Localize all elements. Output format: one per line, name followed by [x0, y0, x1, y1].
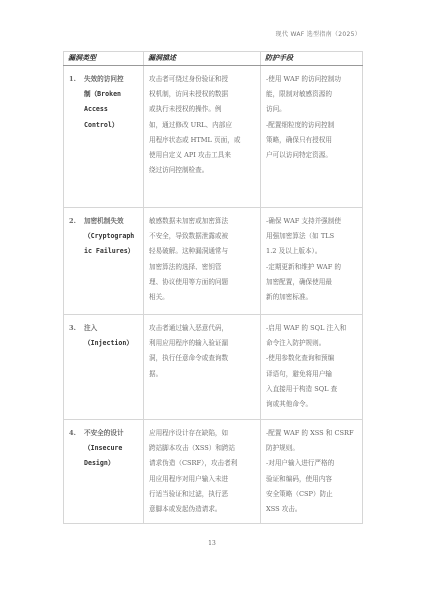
vulnerability-description-cell: 敏感数据未加密或加密算法 不安全，导致数据泄露或被 轻易破解。这种漏洞通常与 加… — [144, 208, 261, 315]
protection-line: 加密配置，确保使用最 — [266, 275, 358, 290]
protection-line: -定期更新和维护 WAF 的 — [266, 260, 358, 275]
protection-line: -使用 WAF 的访问控制功 — [266, 72, 358, 87]
description-line: 请求伪造（CSRF），攻击者利 — [149, 456, 256, 471]
description-line: 轻易破解。这种漏洞通常与 — [149, 244, 256, 259]
protection-line: 访问。 — [266, 102, 358, 117]
row-number: 1. — [69, 72, 84, 87]
description-line: 权机制，访问未授权的数据 — [149, 87, 256, 102]
table-row: 1.失效的访问控 制（Broken Access Control） 攻击者可绕过… — [64, 66, 363, 208]
vulnerability-description-cell: 攻击者可绕过身份验证和授 权机制，访问未授权的数据 或执行未授权的操作。例 如，… — [144, 66, 261, 208]
protection-line: 安全策略（CSP）防止 — [266, 487, 358, 502]
description-line: 洞，执行任意命令或查询数 — [149, 351, 256, 366]
description-line: 跨站脚本攻击（XSS）和跨站 — [149, 441, 256, 456]
description-line: 绕过访问控制检查。 — [149, 163, 256, 178]
type-name-line: Access — [69, 102, 139, 117]
protection-line: -确保 WAF 支持并强制使 — [266, 214, 358, 229]
type-name-line: Control） — [69, 118, 139, 133]
table-header-row: 漏洞类型 漏洞描述 防护手段 — [64, 52, 363, 66]
protection-line: -启用 WAF 的 SQL 注入和 — [266, 321, 358, 336]
type-name-line: 制（Broken — [69, 87, 139, 102]
row-number: 3. — [69, 321, 84, 336]
description-line: 理、协议使用等方面的问题 — [149, 275, 256, 290]
protection-line: 译语句，避免将用户输 — [266, 367, 358, 382]
description-line: 用程序状态或 HTML 页面，或 — [149, 133, 256, 148]
protection-line: 命令注入防护规则。 — [266, 336, 358, 351]
protection-line: 户可以访问特定资源。 — [266, 148, 358, 163]
protection-line: 策略，确保只有授权用 — [266, 133, 358, 148]
protection-line: 验证和编码，使用内容 — [266, 472, 358, 487]
description-line: 加密算法的选择、密钥管 — [149, 260, 256, 275]
type-name-cn: 失效的访问控 — [84, 75, 124, 83]
table-row: 4.不安全的设计 （Insecure Design） 应用程序设计存在缺陷，如 … — [64, 420, 363, 524]
column-header-protection: 防护手段 — [261, 52, 363, 66]
description-line: 不安全，导致数据泄露或被 — [149, 229, 256, 244]
type-name-line: ic Failures） — [69, 244, 139, 259]
protection-cell: -配置 WAF 的 XSS 和 CSRF 防护规则。 -对用户输入进行严格的 验… — [261, 420, 363, 524]
vulnerability-table: 漏洞类型 漏洞描述 防护手段 1.失效的访问控 制（Broken Access … — [63, 51, 363, 524]
protection-line: 入直接用于构造 SQL 查 — [266, 382, 358, 397]
vulnerability-type-cell: 2.加密机制失效 （Cryptograph ic Failures） — [64, 208, 144, 315]
table-row: 3.注入 （Injection） 攻击者通过输入恶意代码， 利用应用程序的输入验… — [64, 315, 363, 420]
description-line: 据。 — [149, 367, 256, 382]
description-line: 意脚本或发起伪造请求。 — [149, 502, 256, 517]
vulnerability-description-cell: 攻击者通过输入恶意代码， 利用应用程序的输入验证漏 洞，执行任意命令或查询数 据… — [144, 315, 261, 420]
row-number: 2. — [69, 214, 84, 229]
description-line: 利用应用程序的输入验证漏 — [149, 336, 256, 351]
description-line: 用应用程序对用户输入未进 — [149, 472, 256, 487]
description-line: 使用自定义 API 攻击工具来 — [149, 148, 256, 163]
protection-cell: -确保 WAF 支持并强制使 用强加密算法（如 TLS 1.2 及以上版本）。 … — [261, 208, 363, 315]
page-number: 13 — [0, 540, 424, 547]
document-header-title: 现代 WAF 选型指南（2025） — [276, 29, 361, 38]
description-line: 应用程序设计存在缺陷，如 — [149, 426, 256, 441]
column-header-type: 漏洞类型 — [64, 52, 144, 66]
description-line: 行适当验证和过滤，执行恶 — [149, 487, 256, 502]
protection-cell: -使用 WAF 的访问控制功 能，限制对敏感资源的 访问。 -配置细粒度的访问控… — [261, 66, 363, 208]
protection-line: 防护规则。 — [266, 441, 358, 456]
table-row: 2.加密机制失效 （Cryptograph ic Failures） 敏感数据未… — [64, 208, 363, 315]
description-line: 攻击者可绕过身份验证和授 — [149, 72, 256, 87]
vulnerability-type-cell: 3.注入 （Injection） — [64, 315, 144, 420]
type-name-line: （Insecure — [69, 441, 139, 456]
description-line: 敏感数据未加密或加密算法 — [149, 214, 256, 229]
protection-line: -配置 WAF 的 XSS 和 CSRF — [266, 426, 358, 441]
description-line: 或执行未授权的操作。例 — [149, 102, 256, 117]
protection-line: 1.2 及以上版本）。 — [266, 244, 358, 259]
vulnerability-type-cell: 1.失效的访问控 制（Broken Access Control） — [64, 66, 144, 208]
type-name-cn: 不安全的设计 — [84, 429, 124, 437]
protection-line: -对用户输入进行严格的 — [266, 456, 358, 471]
vulnerability-description-cell: 应用程序设计存在缺陷，如 跨站脚本攻击（XSS）和跨站 请求伪造（CSRF），攻… — [144, 420, 261, 524]
description-line: 如，通过修改 URL、内部应 — [149, 118, 256, 133]
description-line: 相关。 — [149, 290, 256, 305]
protection-line: -配置细粒度的访问控制 — [266, 118, 358, 133]
row-number: 4. — [69, 426, 84, 441]
protection-line: 能，限制对敏感资源的 — [266, 87, 358, 102]
type-name-cn: 注入 — [84, 324, 97, 332]
protection-line: -使用参数化查询和预编 — [266, 351, 358, 366]
description-line: 攻击者通过输入恶意代码， — [149, 321, 256, 336]
protection-cell: -启用 WAF 的 SQL 注入和 命令注入防护规则。 -使用参数化查询和预编 … — [261, 315, 363, 420]
type-name-cn: 加密机制失效 — [84, 217, 124, 225]
type-name-line: （Cryptograph — [69, 229, 139, 244]
column-header-description: 漏洞描述 — [144, 52, 261, 66]
vulnerability-type-cell: 4.不安全的设计 （Insecure Design） — [64, 420, 144, 524]
protection-line: 询或其他命令。 — [266, 397, 358, 412]
protection-line: 新的加密标准。 — [266, 290, 358, 305]
protection-line: XSS 攻击。 — [266, 502, 358, 517]
type-name-line: Design） — [69, 456, 139, 471]
protection-line: 用强加密算法（如 TLS — [266, 229, 358, 244]
type-name-line: （Injection） — [69, 336, 139, 351]
